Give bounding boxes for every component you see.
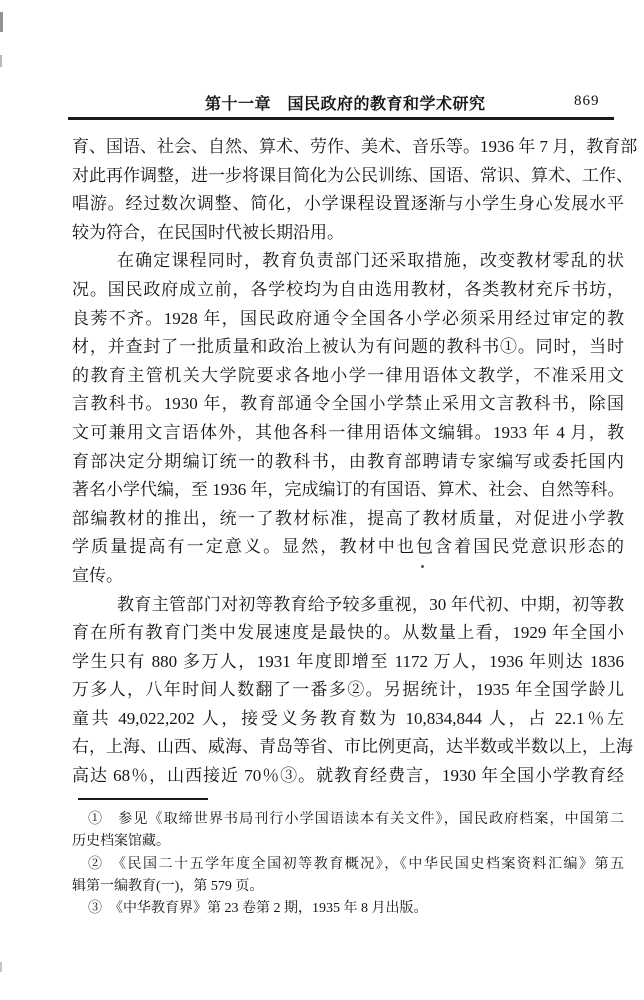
scan-edge-speck (0, 12, 3, 32)
body-line: 育、国语、社会、自然、算术、劳作、美术、音乐等。1936 年 7 月，教育部 (72, 133, 624, 162)
body-line: 万多人，八年时间人数翻了一番多②。另据统计，1935 年全国学龄儿 (72, 676, 624, 705)
body-line: 言教科书。1930 年，教育部通令全国小学禁止采用文言教科书，除国 (72, 390, 624, 419)
footnote-separator-rule (78, 798, 208, 800)
footnote-line: ① 参见《取缔世界书局刊行小学国语读本有关文件》，国民政府档案，中国第二 (72, 809, 624, 831)
body-text-block: 育、国语、社会、自然、算术、劳作、美术、音乐等。1936 年 7 月，教育部对此… (72, 133, 624, 791)
footnote-line: 历史档案馆藏。 (72, 831, 624, 853)
body-line: 育部决定分期编订统一的教科书，由教育部聘请专家编写或委托国内 (72, 448, 624, 477)
header-rule (68, 117, 614, 120)
body-line: 育在所有教育门类中发展速度是最快的。从数量上看，1929 年全国小 (72, 619, 624, 648)
body-line: 在确定课程同时，教育负责部门还采取措施，改变教材零乱的状 (72, 247, 624, 276)
body-line: 部编教材的推出，统一了教材标准，提高了教材质量，对促进小学教 (72, 505, 624, 534)
body-line: 学质量提高有一定意义。显然，教材中也包含着国民党意识形态的 (72, 533, 624, 562)
body-line: 良莠不齐。1928 年，国民政府通令全国各小学必须采用经过审定的教 (72, 305, 624, 334)
body-line: 况。国民政府成立前，各学校均为自由选用教材，各类教材充斥书坊， (72, 276, 624, 305)
body-line: 宣传。 (72, 562, 624, 591)
body-line: 唱游。经过数次调整、简化，小学课程设置逐渐与小学生身心发展水平 (72, 190, 624, 219)
body-line: 的教育主管机关大学院要求各地小学一律用语体文教学，不准采用文 (72, 362, 624, 391)
scan-edge-speck (0, 55, 2, 67)
body-line: 教育主管部门对初等教育给予较多重视，30 年代初、中期，初等教 (72, 591, 624, 620)
body-line: 材，并查封了一批质量和政治上被认为有问题的教科书①。同时，当时 (72, 333, 624, 362)
footnotes-block: ① 参见《取缔世界书局刊行小学国语读本有关文件》，国民政府档案，中国第二历史档案… (72, 809, 624, 920)
body-line: 对此再作调整，进一步将课目简化为公民训练、国语、常识、算术、工作、 (72, 162, 624, 191)
running-head-chapter-title: 第十一章 国民政府的教育和学术研究 (205, 91, 486, 114)
body-line: 高达 68％，山西接近 70％③。就教育经费言，1930 年全国小学教育经 (72, 762, 624, 791)
body-line: 童共 49,022,202 人，接受义务教育数为 10,834,844 人，占 … (72, 705, 624, 734)
body-line: 文可兼用文言语体外，其他各科一律用语体文编辑。1933 年 4 月，教 (72, 419, 624, 448)
body-line: 较为符合，在民国时代被长期沿用。 (72, 219, 624, 248)
scan-dot-artifact (421, 565, 424, 568)
page-number: 869 (574, 93, 600, 110)
footnote-line: ② 《民国二十五学年度全国初等教育概况》，《中华民国史档案资料汇编》第五 (72, 854, 624, 876)
scan-edge-speck (0, 962, 2, 972)
body-line: 右，上海、山西、威海、青岛等省、市比例更高，达半数或半数以上，上海 (72, 733, 624, 762)
footnote-line: 辑第一编教育(一)，第 579 页。 (72, 876, 624, 898)
footnote-line: ③ 《中华教育界》第 23 卷第 2 期，1935 年 8 月出版。 (72, 898, 624, 920)
book-page-scan: 第十一章 国民政府的教育和学术研究 869 育、国语、社会、自然、算术、劳作、美… (0, 0, 644, 1000)
body-line: 著名小学代编，至 1936 年，完成编订的有国语、算术、社会、自然等科。 (72, 476, 624, 505)
body-line: 学生只有 880 多万人，1931 年度即增至 1172 万人，1936 年则达… (72, 648, 624, 677)
